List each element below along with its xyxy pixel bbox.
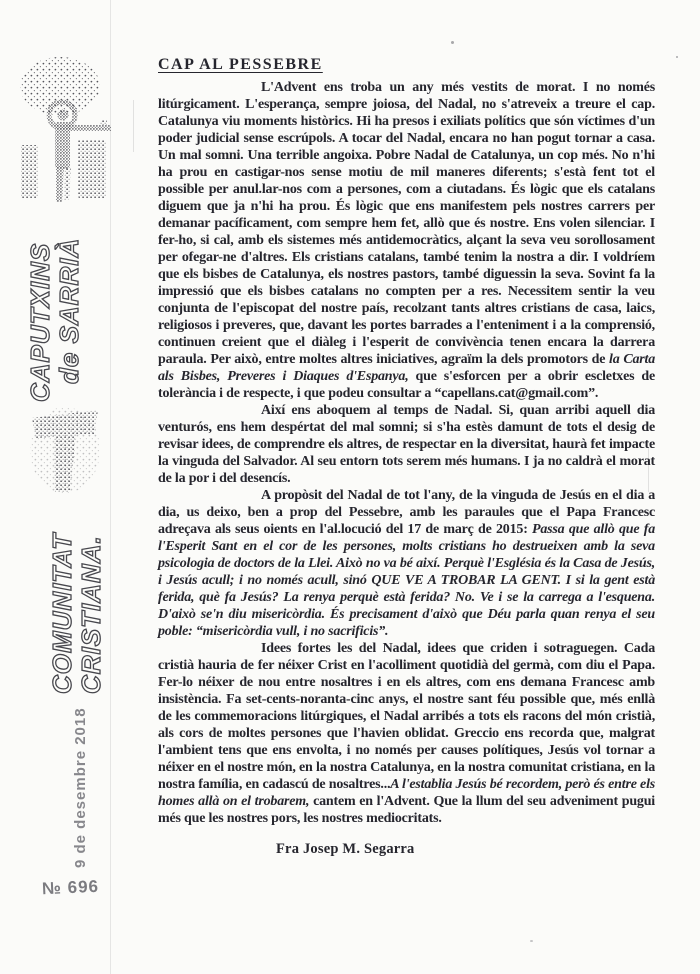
tau-cross-illustration <box>28 404 103 499</box>
article-title: CAP AL PESSEBRE <box>158 56 655 74</box>
masthead-line1: CAPUTXINS <box>26 227 55 402</box>
masthead-line2: de SARRIÀ <box>55 227 84 384</box>
scan-speck <box>530 940 533 942</box>
article-signature: Fra Josep M. Segarra <box>276 841 655 858</box>
issue-number: № 696 <box>42 877 100 899</box>
friar-figure-illustration <box>18 56 113 204</box>
paragraph: A propòsit del Nadal de tot l'any, de la… <box>158 487 655 640</box>
masthead-sidebar: CAPUTXINS de SARRIÀ COMUNITAT CRISTIANA.… <box>0 0 112 974</box>
community-line1: COMUNITAT <box>48 519 77 694</box>
paragraph: Idees fortes les del Nadal, idees que cr… <box>158 640 655 827</box>
issue-date: 9 de desembre 2018 <box>72 688 89 868</box>
community-vertical-title: COMUNITAT CRISTIANA. <box>48 519 106 694</box>
paragraph: L'Advent ens troba un any més vestits de… <box>158 79 655 402</box>
paragraph: Així ens aboquem al temps de Nadal. Si, … <box>158 402 655 487</box>
community-line2: CRISTIANA. <box>77 519 106 694</box>
page-fold-line <box>110 0 111 974</box>
scanned-newsletter-page: CAPUTXINS de SARRIÀ COMUNITAT CRISTIANA.… <box>0 0 700 974</box>
scan-speck <box>451 41 454 44</box>
scan-speck <box>676 56 678 58</box>
article: CAP AL PESSEBRE L'Advent ens troba un an… <box>158 56 655 858</box>
masthead-vertical-title: CAPUTXINS de SARRIÀ <box>26 227 84 402</box>
article-paragraphs: L'Advent ens troba un any més vestits de… <box>158 79 655 827</box>
scan-crease <box>133 100 134 152</box>
